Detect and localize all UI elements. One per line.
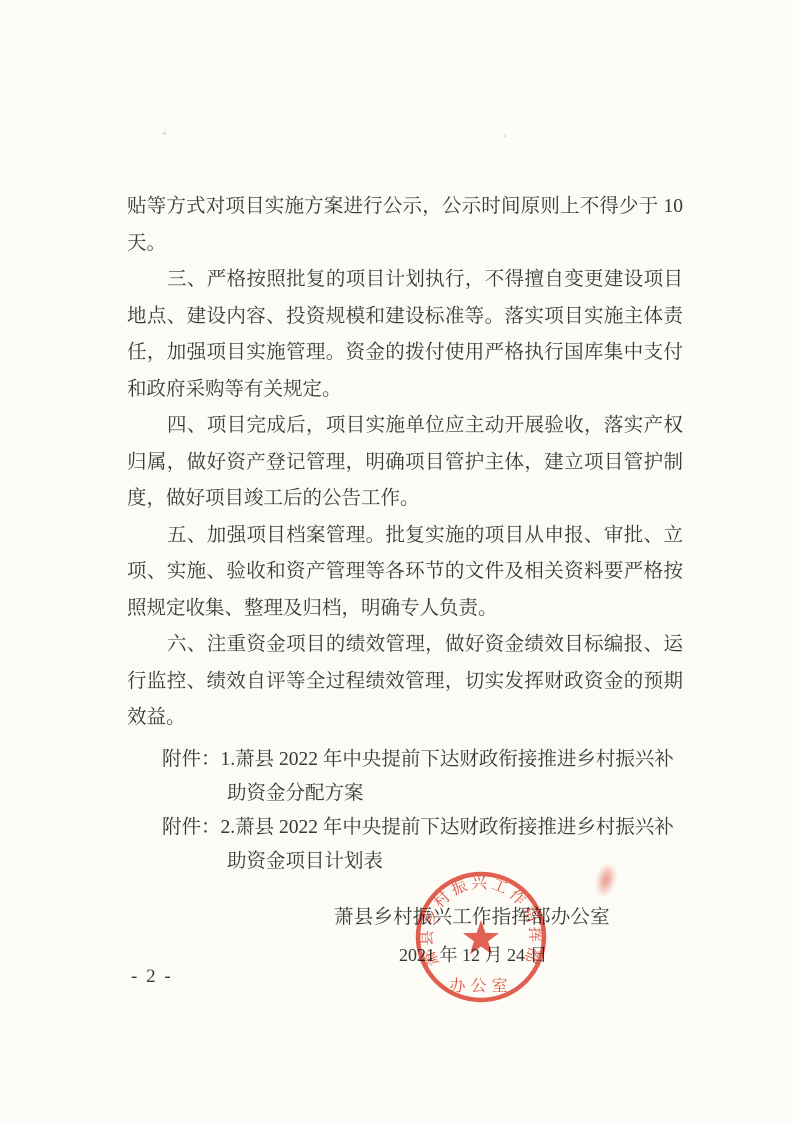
body-line: 行监控、绩效自评等全过程绩效管理，切实发挥财政资金的预期 <box>127 664 683 701</box>
body-line: 归属，做好资产登记管理，明确项目管护主体，建立项目管护制 <box>127 445 683 482</box>
attachment-list: 附件：1.萧县 2022 年中央提前下达财政衔接推进乡村振兴补 助资金分配方案 … <box>162 743 702 879</box>
body-line: 三、严格按照批复的项目计划执行，不得擅自变更建设项目 <box>127 262 683 299</box>
scanned-document-page: 贴等方式对项目实施方案进行公示，公示时间原则上不得少于 10 天。 三、严格按照… <box>0 0 793 1122</box>
attachment-line: 助资金分配方案 <box>162 777 702 811</box>
body-line: 五、加强项目档案管理。批复实施的项目从申报、审批、立 <box>127 518 683 555</box>
body-line: 效益。 <box>127 700 683 737</box>
star-icon <box>463 920 499 954</box>
body-line: 地点、建设内容、投资规模和建设标准等。落实项目实施主体责 <box>127 299 683 336</box>
document-body: 贴等方式对项目实施方案进行公示，公示时间原则上不得少于 10 天。 三、严格按照… <box>127 189 683 737</box>
body-line: 度，做好项目竣工后的公告工作。 <box>127 481 683 518</box>
seal-bottom-text: 办公室 <box>449 977 512 995</box>
official-seal: 萧县乡村振兴工作指挥部 办公室 <box>406 862 556 1012</box>
body-line: 贴等方式对项目实施方案进行公示，公示时间原则上不得少于 10 <box>127 189 683 226</box>
attachment-line: 附件：1.萧县 2022 年中央提前下达财政衔接推进乡村振兴补 <box>162 743 702 777</box>
body-line: 天。 <box>127 226 683 263</box>
body-line: 四、项目完成后，项目实施单位应主动开展验收，落实产权 <box>127 408 683 445</box>
page-number: - 2 - <box>131 966 173 988</box>
body-line: 六、注重资金项目的绩效管理，做好资金绩效目标编报、运 <box>127 627 683 664</box>
body-line: 项、实施、验收和资产管理等各环节的文件及相关资料要严格按 <box>127 554 683 591</box>
body-line: 和政府采购等有关规定。 <box>127 372 683 409</box>
attachment-line: 附件：2.萧县 2022 年中央提前下达财政衔接推进乡村振兴补 <box>162 811 702 845</box>
scan-speck <box>503 135 506 137</box>
scan-speck <box>163 132 166 135</box>
body-line: 照规定收集、整理及归档，明确专人负责。 <box>127 591 683 628</box>
body-line: 任，加强项目实施管理。资金的拨付使用严格执行国库集中支付 <box>127 335 683 372</box>
